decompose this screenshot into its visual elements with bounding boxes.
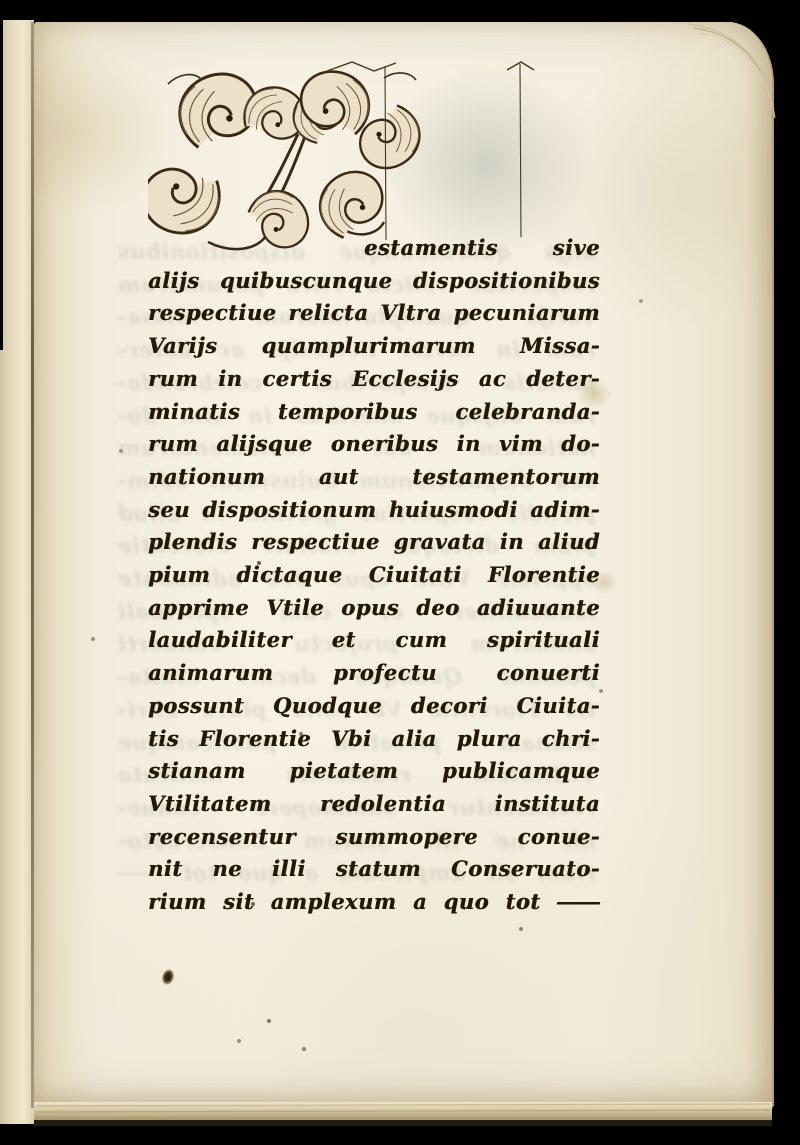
manuscript-line: recensentur summopere conue-	[148, 821, 600, 854]
background-gap	[0, 20, 3, 350]
page-bottom-edge	[34, 1102, 772, 1120]
manuscript-line: alijs quibuscunque dispositionibus	[148, 265, 600, 298]
manuscript-text-block: estamentis sive alijs quibuscunque dispo…	[148, 232, 600, 919]
manuscript-line: minatis temporibus celebranda-	[148, 396, 600, 429]
manuscript-line: nationum aut testamentorum	[148, 461, 600, 494]
manuscript-line: laudabiliter et cum spirituali	[148, 624, 600, 657]
manuscript-line: rum in certis Ecclesijs ac deter-	[148, 363, 600, 396]
manuscript-line: apprime Vtile opus deo adiuuante	[148, 592, 600, 625]
manuscript-line: estamentis sive	[148, 232, 600, 265]
manuscript-photo: alijs quibuscunque dispositionibus respe…	[0, 0, 800, 1145]
manuscript-line: nit ne illi statum Conseruato-	[148, 853, 600, 886]
underlying-page-edge	[0, 20, 34, 1124]
manuscript-line: rium sit amplexum a quo tot ――	[148, 886, 600, 919]
manuscript-line: possunt Quodque decori Ciuita-	[148, 690, 600, 723]
ink-specks	[0, 0, 2, 2]
manuscript-line: Vtilitatem redolentia instituta	[148, 788, 600, 821]
manuscript-line: pium dictaque Ciuitati Florentie	[148, 559, 600, 592]
manuscript-line: respectiue relicta Vltra pecuniarum	[148, 297, 600, 330]
manuscript-line: tis Florentie Vbi alia plura chri-	[148, 723, 600, 756]
manuscript-line: Varijs quamplurimarum Missa-	[148, 330, 600, 363]
manuscript-line: rum alijsque oneribus in vim do-	[148, 428, 600, 461]
manuscript-line: stianam pietatem publicamque	[148, 755, 600, 788]
manuscript-line: plendis respectiue gravata in aliud	[148, 526, 600, 559]
manuscript-line: seu dispositionum huiusmodi adim-	[148, 494, 600, 527]
manuscript-line: animarum profectu conuerti	[148, 657, 600, 690]
